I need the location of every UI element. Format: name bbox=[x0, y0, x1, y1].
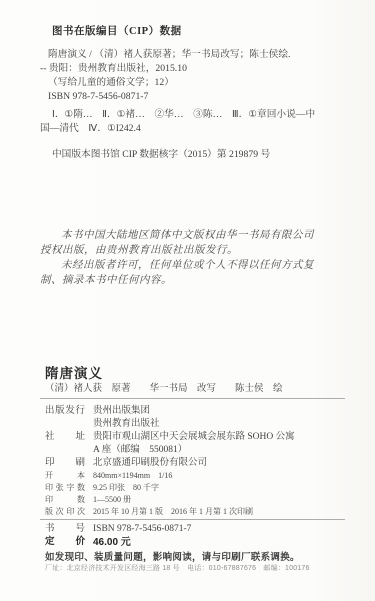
colophon-row-printer: 印刷 北京盛通印刷股份有限公司 bbox=[45, 457, 350, 470]
colophon: 出版发行 贵州出版集团 出版发行 贵州教育出版社 社址 贵阳市观山湖区中天会展城… bbox=[45, 405, 350, 518]
colophon-value: 贵阳市观山湖区中天会展城会展东路 SOHO 公寓 bbox=[93, 431, 295, 444]
colophon-value: A 座（邮编 550081） bbox=[93, 444, 187, 457]
colophon-value: 9.25 印张 80 千字 bbox=[93, 482, 159, 494]
colophon-label: 印数 bbox=[45, 494, 85, 506]
cip-record-isbn: ISBN 978-7-5456-0871-7 bbox=[40, 90, 340, 104]
colophon-row-sheets: 印张字数 9.25 印张 80 千字 bbox=[45, 482, 350, 494]
colophon-row-publisher: 出版发行 贵州出版集团 bbox=[45, 405, 350, 418]
colophon-footer: 书号 ISBN 978-7-5456-0871-7 定价 46.00 元 bbox=[45, 523, 350, 549]
cip-record-line2: -- 贵阳：贵州教育出版社，2015.10 bbox=[40, 62, 340, 76]
colophon-row-edition: 版次印次 2015 年 10 月第 1 版 2016 年 1 月第 1 次印刷 bbox=[45, 506, 350, 518]
quality-note: 如发现印、装质量问题，影响阅读，请与印刷厂联系调换。 bbox=[45, 549, 300, 563]
colophon-label: 开本 bbox=[45, 470, 85, 482]
colophon-row-publisher-2: 出版发行 贵州教育出版社 bbox=[45, 418, 350, 431]
colophon-value: 2015 年 10 月第 1 版 2016 年 1 月第 1 次印刷 bbox=[93, 506, 253, 518]
colophon-value: 1—5500 册 bbox=[93, 494, 131, 506]
cip-classification: Ⅰ．①隋… Ⅱ．①褚… ②华… ③陈… Ⅲ．①章回小说—中 国—清代 Ⅳ．①I2… bbox=[40, 108, 340, 136]
copyright-notice-para2: 未经出版者许可，任何单位或个人不得以任何方式复制、摘录本书中任何内容。 bbox=[40, 258, 324, 288]
colophon-value: 北京盛通印刷股份有限公司 bbox=[93, 457, 207, 470]
colophon-value: 46.00 元 bbox=[93, 536, 131, 549]
colophon-label: 出版发行 bbox=[45, 405, 85, 418]
colophon-label: 书号 bbox=[45, 523, 85, 536]
colophon-label: 定价 bbox=[45, 536, 85, 549]
printer-address-line: 厂址：北京经济技术开发区经海三路 18 号 电话：010-67887676 邮编… bbox=[45, 563, 310, 573]
colophon-row-address-2: 社址 A 座（邮编 550081） bbox=[45, 444, 350, 457]
colophon-row-address: 社址 贵阳市观山湖区中天会展城会展东路 SOHO 公寓 bbox=[45, 431, 350, 444]
colophon-label: 印刷 bbox=[45, 457, 85, 470]
cip-register-number: 中国版本图书馆 CIP 数据核字（2015）第 219879 号 bbox=[52, 146, 270, 160]
copyright-page: 图书在版编目（CIP）数据 隋唐演义 / （清）褚人获原著；华一书局改写；陈士侯… bbox=[0, 0, 375, 601]
book-title: 隋唐演义 bbox=[45, 362, 103, 382]
colophon-row-price: 定价 46.00 元 bbox=[45, 536, 350, 549]
colophon-value: 贵州出版集团 bbox=[93, 405, 150, 418]
cip-record-line1: 隋唐演义 / （清）褚人获原著；华一书局改写；陈士侯绘. bbox=[40, 48, 340, 62]
cip-classification-line1: Ⅰ．①隋… Ⅱ．①褚… ②华… ③陈… Ⅲ．①章回小说—中 bbox=[40, 108, 340, 122]
divider-rule-bottom bbox=[40, 519, 345, 520]
colophon-label: 社址 bbox=[45, 431, 85, 444]
cip-record: 隋唐演义 / （清）褚人获原著；华一书局改写；陈士侯绘. -- 贵阳：贵州教育出… bbox=[40, 48, 340, 104]
colophon-row-isbn: 书号 ISBN 978-7-5456-0871-7 bbox=[45, 523, 350, 536]
colophon-value: 840mm×1194mm 1/16 bbox=[93, 470, 172, 482]
colophon-row-printrun: 印数 1—5500 册 bbox=[45, 494, 350, 506]
cip-record-series: （写给儿童的通俗文学；12） bbox=[40, 76, 340, 90]
divider-rule-top bbox=[40, 398, 345, 399]
copyright-notice: 本书中国大陆地区简体中文版权由华一书局有限公司授权出版，由贵州教育出版社出版发行… bbox=[40, 228, 324, 288]
colophon-row-format: 开本 840mm×1194mm 1/16 bbox=[45, 470, 350, 482]
colophon-label: 版次印次 bbox=[45, 506, 85, 518]
author-byline: （清）褚人获 原著 华一书局 改写 陈士侯 绘 bbox=[45, 380, 283, 394]
colophon-value: ISBN 978-7-5456-0871-7 bbox=[93, 523, 191, 536]
cip-header: 图书在版编目（CIP）数据 bbox=[52, 23, 182, 38]
colophon-value: 贵州教育出版社 bbox=[93, 418, 160, 431]
cip-classification-line2: 国—清代 Ⅳ．①I242.4 bbox=[40, 122, 340, 136]
colophon-label: 印张字数 bbox=[45, 482, 85, 494]
copyright-notice-para1: 本书中国大陆地区简体中文版权由华一书局有限公司授权出版，由贵州教育出版社出版发行… bbox=[40, 228, 324, 258]
